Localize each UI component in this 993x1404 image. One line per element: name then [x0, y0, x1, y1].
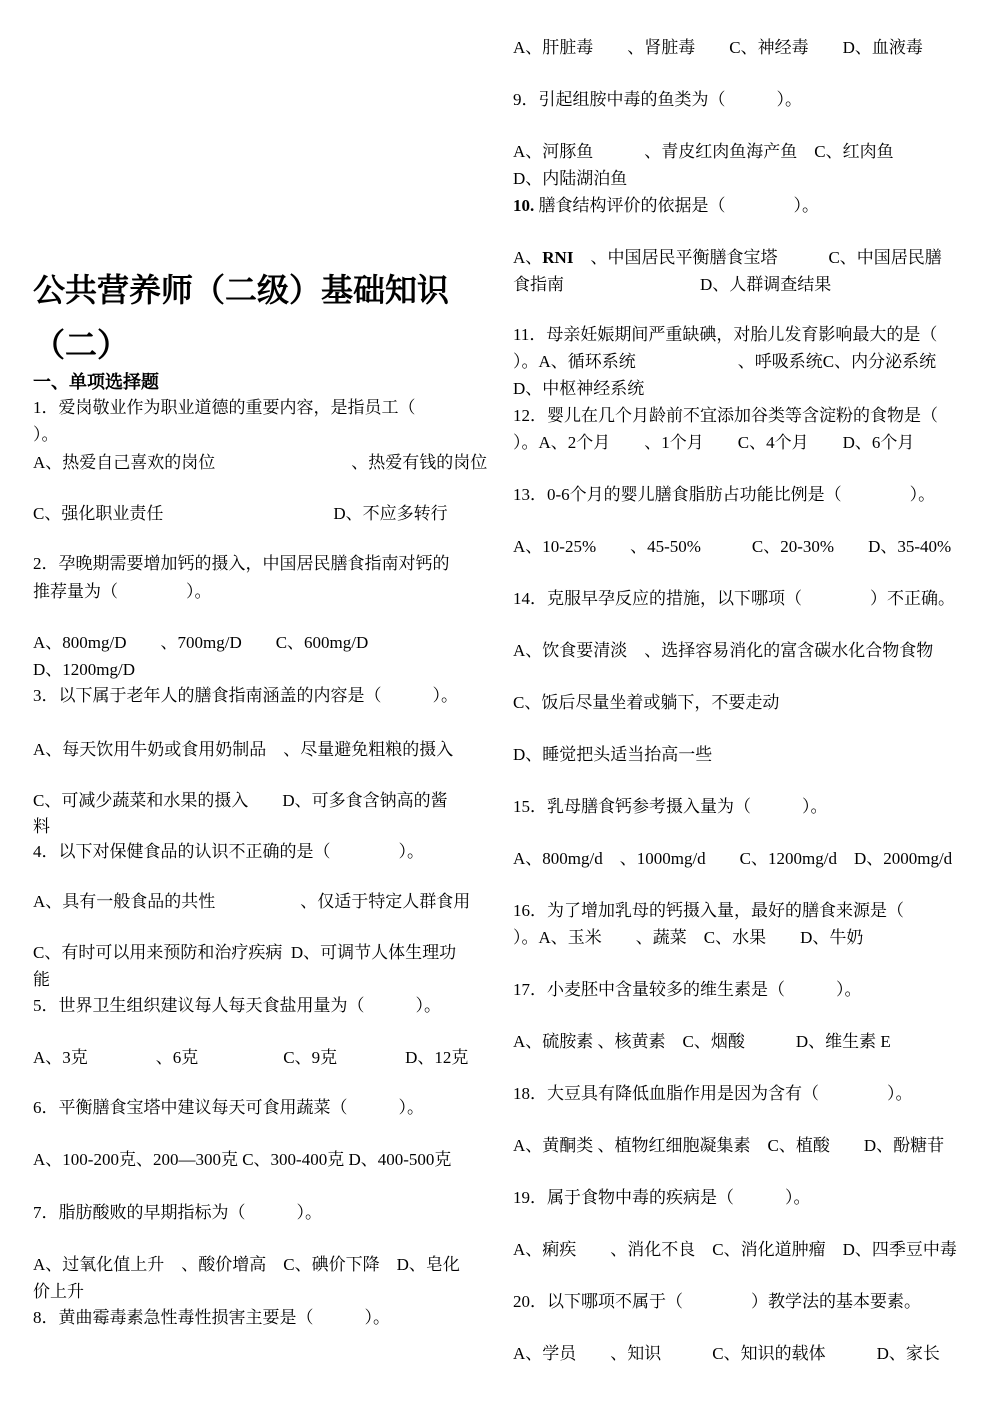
- question-8-options: A、肝脏毒 、肾脏毒 C、神经毒 D、血液毒: [513, 37, 923, 59]
- question-14-options: A、饮食要清淡 、选择容易消化的富含碳水化合物食物: [513, 640, 933, 662]
- question-17-text: 17．小麦胚中含量较多的维生素是（ ）。: [513, 979, 862, 1001]
- question-13-text: 13．0-6个月的婴儿膳食脂肪占功能比例是（ ）。: [513, 484, 935, 506]
- question-19-options: A、痢疾 、消化不良 C、消化道肿瘤 D、四季豆中毒: [513, 1239, 957, 1261]
- question-16-options: ）。A、玉米 、蔬菜 C、水果 D、牛奶: [513, 927, 863, 949]
- question-9-options: D、内陆湖泊鱼: [513, 168, 627, 190]
- question-14-options: C、饭后尽量坐着或躺下，不要走动: [513, 692, 779, 714]
- text-segment: A、: [513, 248, 542, 267]
- question-16-text: 16．为了增加乳母的钙摄入量，最好的膳食来源是（: [513, 900, 904, 922]
- text-segment: 10.: [513, 196, 534, 215]
- question-14-text: 14．克服早孕反应的措施，以下哪项（ ）不正确。: [513, 588, 955, 610]
- question-10-text: 10. 膳食结构评价的依据是（ ）。: [513, 195, 819, 217]
- question-19-text: 19．属于食物中毒的疾病是（ ）。: [513, 1187, 811, 1209]
- question-20-options: A、学员 、知识 C、知识的载体 D、家长: [513, 1343, 940, 1365]
- text-segment: RNI: [542, 248, 573, 267]
- question-11-text: 11．母亲妊娠期间严重缺碘，对胎儿发育影响最大的是（: [513, 324, 937, 346]
- question-9-text: 9．引起组胺中毒的鱼类为（ ）。: [513, 89, 802, 111]
- document-page: 公共营养师（二级）基础知识（二）一、单项选择题1．爱岗敬业作为职业道德的重要内容…: [0, 0, 993, 1404]
- question-13-options: A、10-25% 、45-50% C、20-30% D、35-40%: [513, 536, 951, 558]
- question-15-text: 15．乳母膳食钙参考摄入量为（ ）。: [513, 796, 828, 818]
- question-10-options: 食指南 D、人群调查结果: [513, 274, 831, 296]
- question-12-options: ）。A、2个月 、1个月 C、4个月 D、6个月: [513, 432, 914, 454]
- text-segment: 、中国居民平衡膳食宝塔 C、中国居民膳: [573, 248, 941, 267]
- question-12-text: 12．婴儿在几个月龄前不宜添加谷类等含淀粉的食物是（: [513, 405, 938, 427]
- question-9-options: A、河豚鱼 、青皮红肉鱼海产鱼 C、红肉鱼: [513, 141, 894, 163]
- question-14-options: D、睡觉把头适当抬高一些: [513, 744, 712, 766]
- question-20-text: 20．以下哪项不属于（ ）教学法的基本要素。: [513, 1291, 921, 1313]
- question-18-text: 18．大豆具有降低血脂作用是因为含有（ ）。: [513, 1083, 913, 1105]
- text-segment: 膳食结构评价的依据是（ ）。: [534, 196, 819, 215]
- question-15-options: A、800mg/d 、1000mg/d C、1200mg/d D、2000mg/…: [513, 848, 952, 870]
- question-10-options: A、RNI 、中国居民平衡膳食宝塔 C、中国居民膳: [513, 247, 942, 269]
- question-11-options: ）。A、循环系统 、呼吸系统C、内分泌系统: [513, 351, 936, 373]
- question-18-options: A、黄酮类 、植物红细胞凝集素 C、植酸 D、酚糖苷: [513, 1135, 944, 1157]
- right-column: A、肝脏毒 、肾脏毒 C、神经毒 D、血液毒9．引起组胺中毒的鱼类为（ ）。A、…: [0, 0, 993, 1404]
- question-11-options: D、中枢神经系统: [513, 378, 644, 400]
- question-17-options: A、硫胺素 、核黄素 C、烟酸 D、维生素 E: [513, 1031, 891, 1053]
